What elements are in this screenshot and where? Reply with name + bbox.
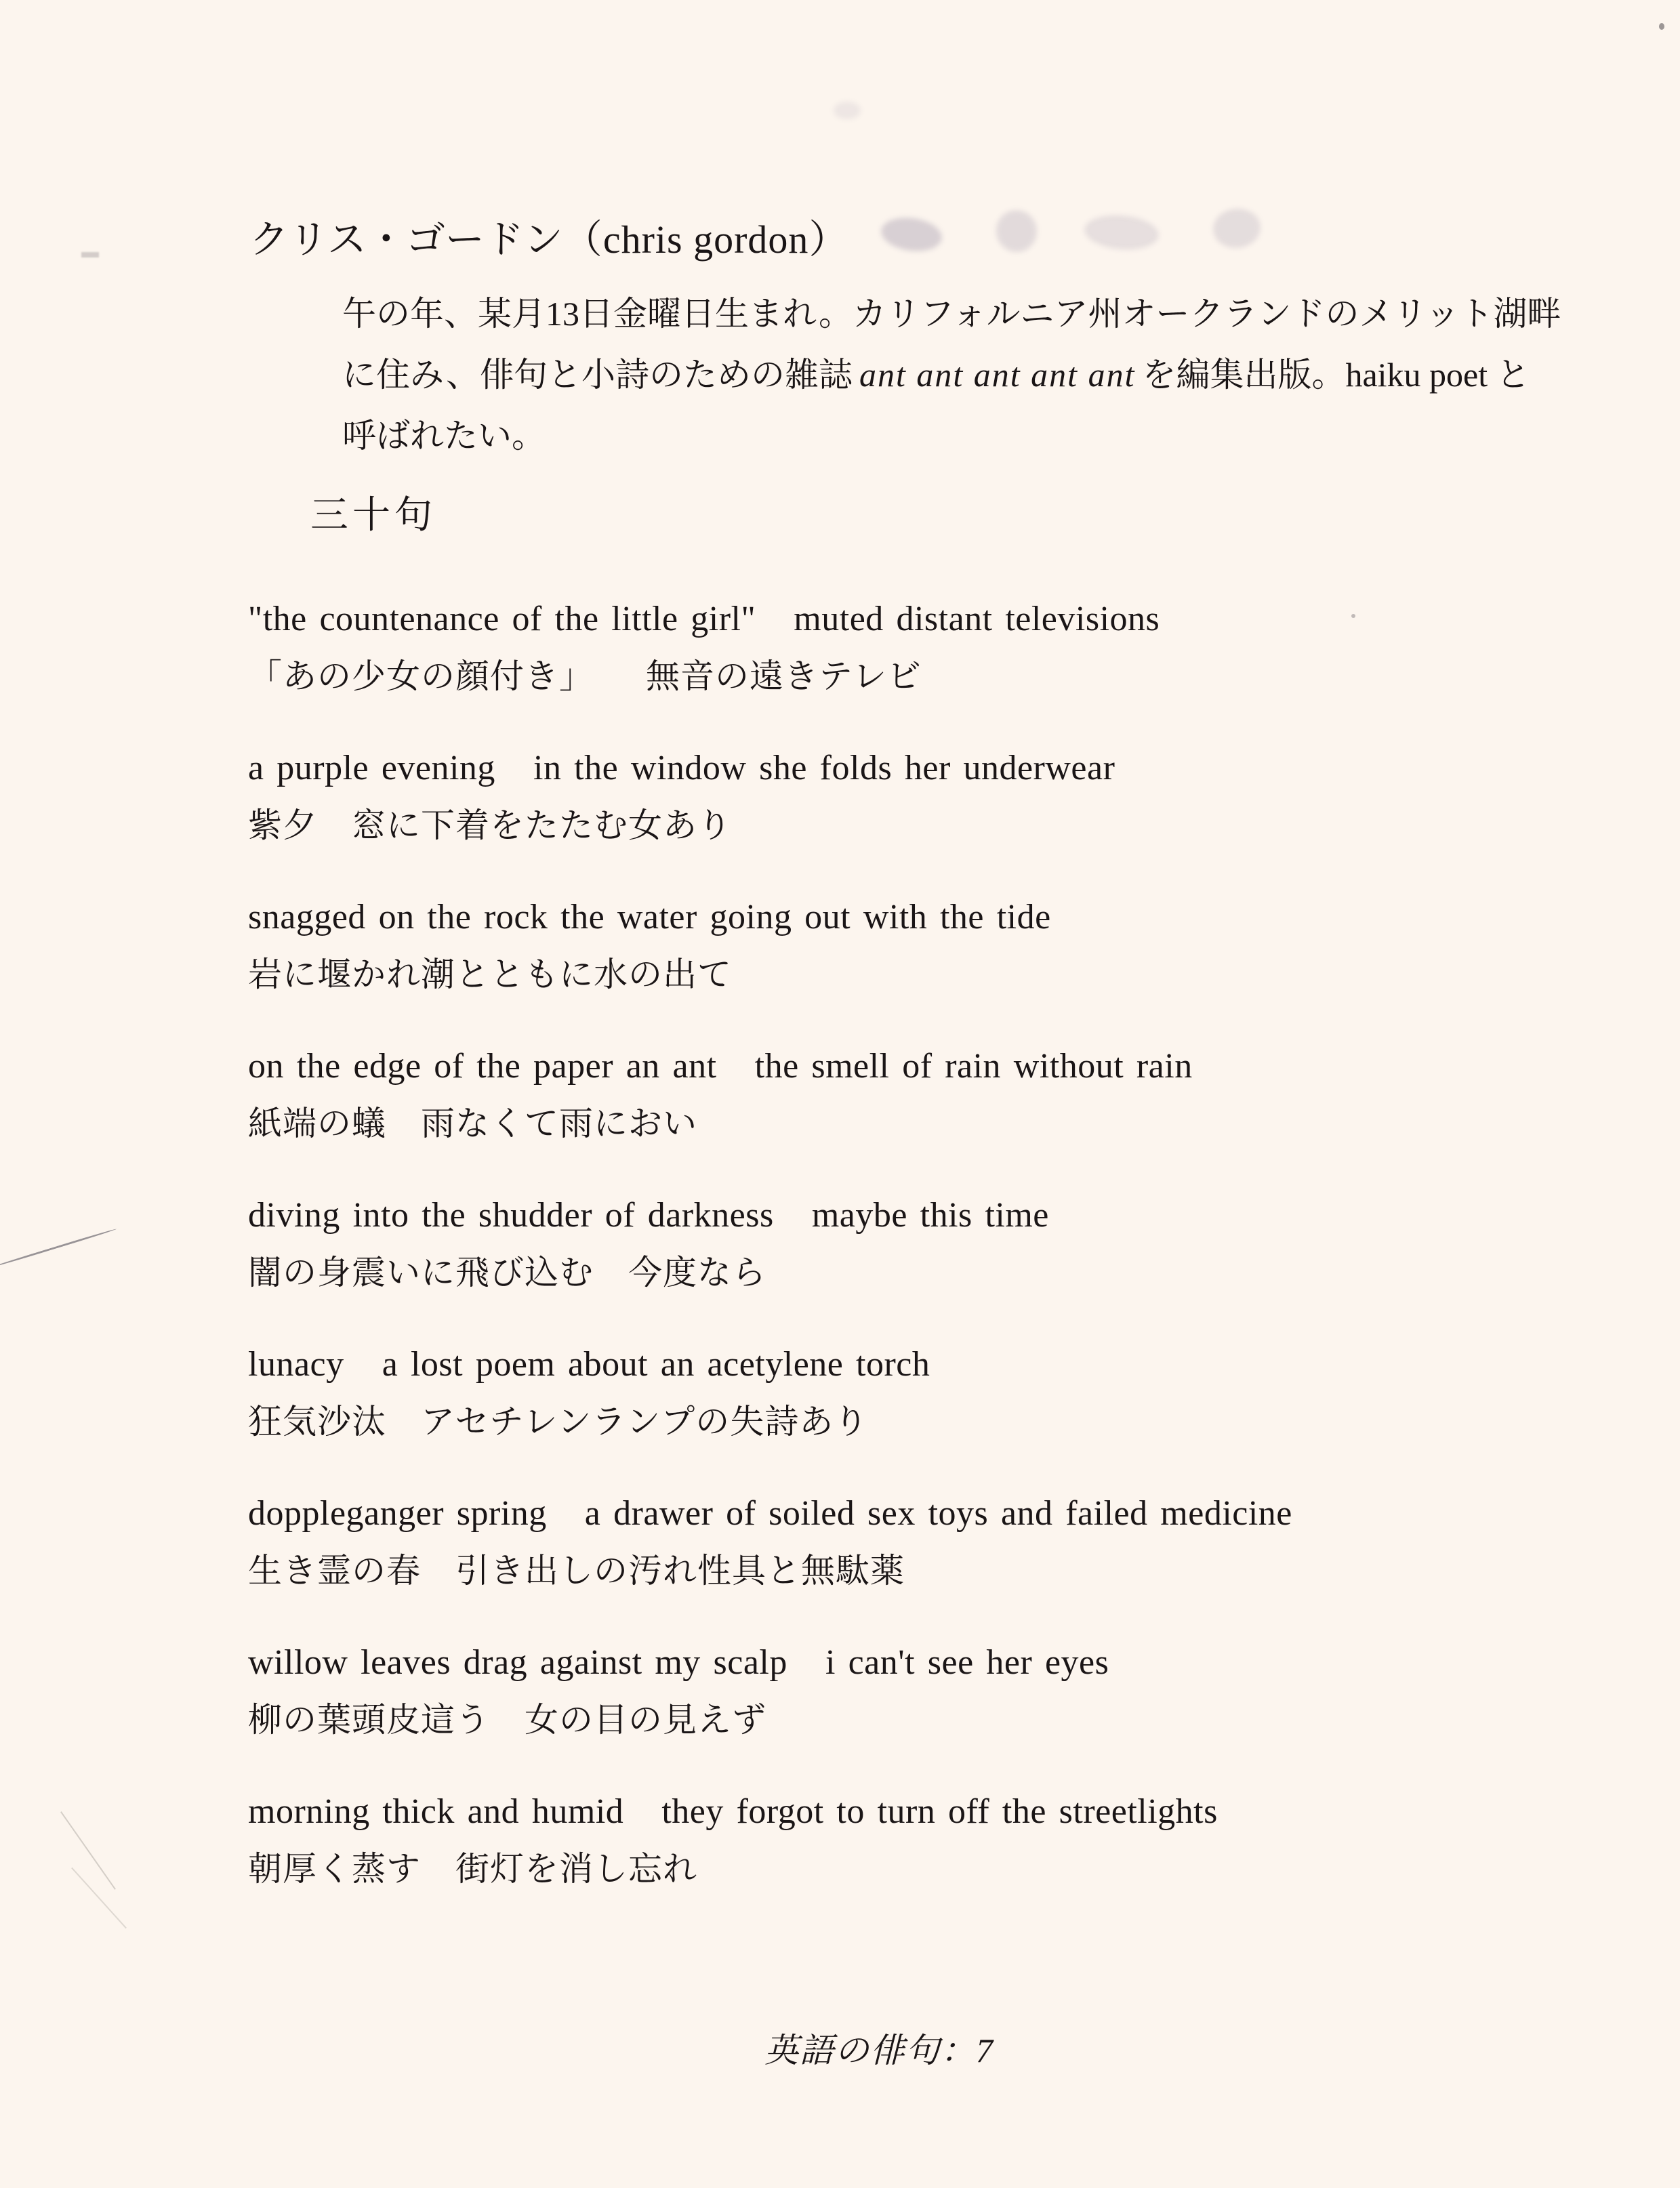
scan-artifact-crease [60, 1811, 116, 1890]
haiku-pair-2: a purple evening in the window she folds… [248, 740, 1590, 854]
bio-line-2-post: を編集出版。haiku poet と [1142, 356, 1530, 394]
haiku-japanese-line: 紙端の蟻 雨なくて雨におい [248, 1095, 1590, 1152]
haiku-english-line: willow leaves drag against my scalp i ca… [248, 1634, 1590, 1691]
haiku-pair-6: lunacy a lost poem about an acetylene to… [248, 1336, 1590, 1450]
scan-artifact-speck [1659, 23, 1664, 30]
haiku-pair-7: doppleganger spring a drawer of soiled s… [248, 1485, 1590, 1599]
haiku-japanese-line: 朝厚く蒸す 街灯を消し忘れ [248, 1840, 1590, 1897]
haiku-pair-8: willow leaves drag against my scalp i ca… [248, 1634, 1590, 1748]
scan-artifact-smudge [1211, 207, 1263, 251]
scan-artifact-smudge [834, 102, 861, 119]
haiku-japanese-line: 「あの少女の顔付き」 無音の遠きテレビ [248, 648, 1590, 705]
scan-artifact-speck [81, 252, 99, 257]
section-heading: 三十句 [310, 485, 436, 539]
scan-artifact-crease [71, 1867, 127, 1929]
haiku-pair-1: "the countenance of the little girl" mut… [248, 591, 1590, 705]
haiku-english-line: on the edge of the paper an ant the smel… [248, 1038, 1590, 1095]
haiku-pair-9: morning thick and humid they forgot to t… [248, 1783, 1590, 1897]
author-name-japanese: クリス・ゴードン [249, 218, 563, 262]
bio-line-2: に住み、俳句と小詩のための雑誌ant ant ant ant antを編集出版。… [342, 344, 1589, 405]
haiku-japanese-line: 闇の身震いに飛び込む 今度なら [248, 1244, 1590, 1301]
haiku-english-line: snagged on the rock the water going out … [248, 889, 1590, 946]
scan-artifact-scratch [0, 1228, 117, 1267]
scan-artifact-smudge [992, 206, 1041, 255]
haiku-pair-3: snagged on the rock the water going out … [248, 889, 1590, 1003]
author-bio: 午の年、某月13日金曜日生まれ。カリフォルニア州オークランドのメリット湖畔 に住… [342, 283, 1589, 466]
page-title: クリス・ゴードン（chris gordon） [249, 214, 848, 266]
haiku-pair-4: on the edge of the paper an ant the smel… [248, 1038, 1590, 1152]
haiku-english-line: doppleganger spring a drawer of soiled s… [248, 1485, 1590, 1542]
haiku-japanese-line: 岩に堰かれ潮とともに水の出て [248, 946, 1590, 1003]
bio-line-2-pre: に住み、俳句と小詩のための雑誌 [342, 356, 853, 394]
haiku-english-line: morning thick and humid they forgot to t… [248, 1783, 1590, 1840]
scanned-document-page: クリス・ゴードン（chris gordon） 午の年、某月13日金曜日生まれ。カ… [0, 0, 1680, 2188]
haiku-english-line: diving into the shudder of darkness mayb… [248, 1187, 1590, 1244]
author-name-latin: （chris gordon） [563, 218, 849, 262]
haiku-english-line: a purple evening in the window she folds… [248, 740, 1590, 797]
haiku-english-line: lunacy a lost poem about an acetylene to… [248, 1336, 1590, 1393]
magazine-title: ant ant ant ant ant [859, 356, 1135, 394]
haiku-japanese-line: 狂気沙汰 アセチレンランプの失詩あり [248, 1393, 1590, 1450]
bio-line-1: 午の年、某月13日金曜日生まれ。カリフォルニア州オークランドのメリット湖畔 [342, 283, 1589, 344]
page-footer: 英語の俳句：7 [764, 2023, 994, 2072]
haiku-japanese-line: 柳の葉頭皮這う 女の目の見えず [248, 1691, 1590, 1748]
scan-artifact-smudge [879, 214, 944, 255]
scan-artifact-smudge [1083, 212, 1160, 252]
haiku-pair-5: diving into the shudder of darkness mayb… [248, 1187, 1590, 1301]
haiku-list: "the countenance of the little girl" mut… [248, 591, 1590, 1933]
haiku-japanese-line: 生き霊の春 引き出しの汚れ性具と無駄薬 [248, 1542, 1590, 1599]
bio-line-3: 呼ばれたい。 [342, 405, 1589, 466]
haiku-japanese-line: 紫夕 窓に下着をたたむ女あり [248, 797, 1590, 854]
haiku-english-line: "the countenance of the little girl" mut… [248, 591, 1590, 648]
